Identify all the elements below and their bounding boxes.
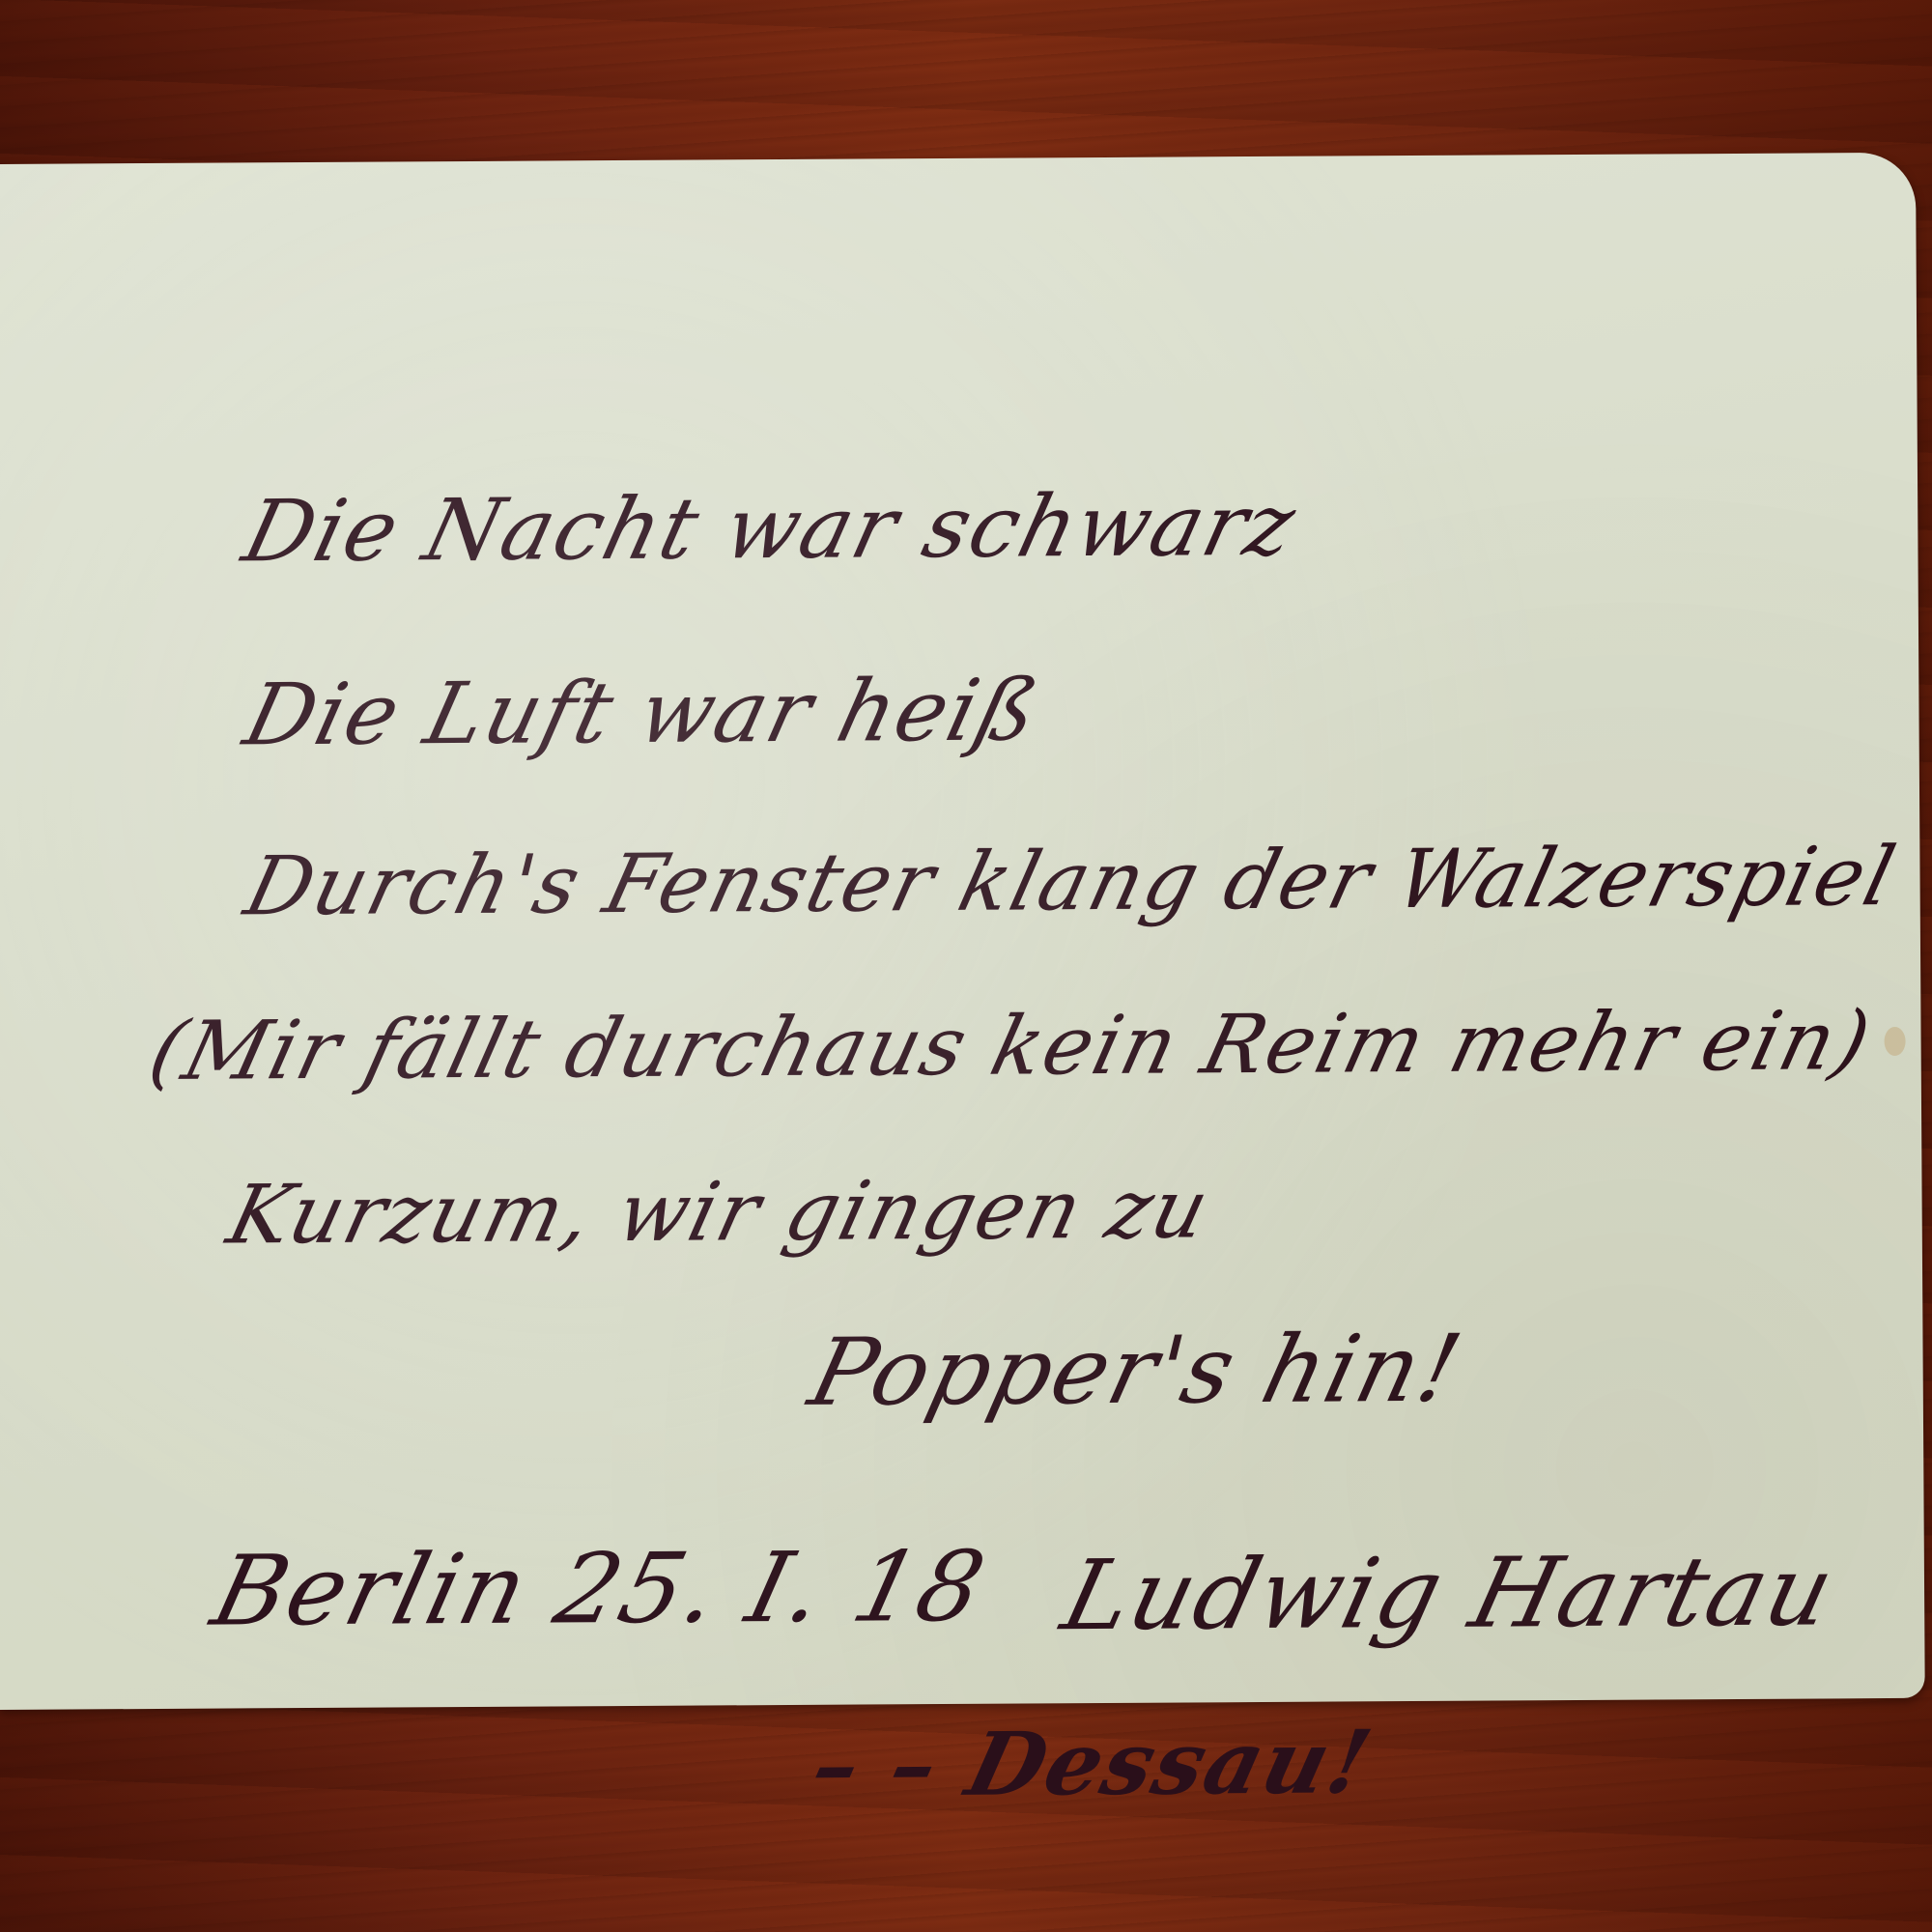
poem-line-4: (Mir fällt durchaus kein Reim mehr ein) — [141, 993, 1881, 1098]
autograph-card: Die Nacht war schwarz Die Luft war heiß … — [0, 153, 1925, 1710]
poem-line-1: Die Nacht war schwarz — [235, 475, 1307, 582]
closing-remark: – – Dessau! — [802, 1711, 1381, 1817]
poem-line-5: Kurzum, wir gingen zu — [219, 1161, 1219, 1262]
paper-stain — [1884, 1027, 1905, 1056]
poem-line-2: Die Luft war heiß — [236, 660, 1049, 764]
poem-line-6: Popper's hin! — [800, 1315, 1472, 1427]
signature: Ludwig Hartau — [1052, 1534, 1845, 1652]
poem-line-3: Durch's Fenster klang der Walzerspiel — [237, 829, 1906, 934]
place-and-date: Berlin 25. I. 18 — [202, 1530, 996, 1648]
